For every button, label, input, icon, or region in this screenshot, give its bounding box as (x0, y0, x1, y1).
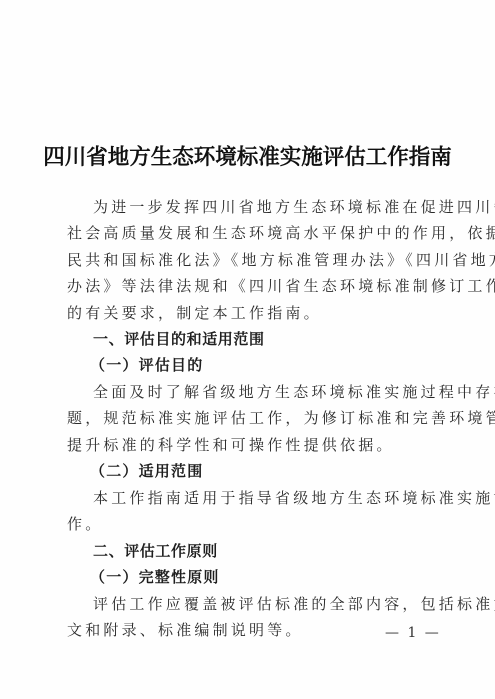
intro-line-4: 办法》等法律法规和《四川省生态环境标准制修订工作管理办法》 (67, 276, 495, 296)
paragraph-line: 题，规范标准实施评估工作，为修订标准和完善环境管理、持续 (67, 408, 495, 428)
document-page: 四川省地方生态环境标准实施评估工作指南 为进一步发挥四川省地方生态环境标准在促进… (0, 0, 495, 699)
section-heading-1: 一、评估目的和适用范围 (93, 329, 265, 349)
subsection-heading-1-1: （一）评估目的 (90, 355, 203, 375)
page-number: — 1 — (385, 623, 441, 643)
subsection-heading-2-1: （一）完整性原则 (90, 567, 220, 587)
paragraph-line: 评估工作应覆盖被评估标准的全部内容，包括标准文件的正 (93, 594, 495, 614)
intro-line-1: 为进一步发挥四川省地方生态环境标准在促进四川省经济 (93, 197, 495, 217)
document-title: 四川省地方生态环境标准实施评估工作指南 (0, 144, 495, 172)
subsection-heading-1-2: （二）适用范围 (90, 461, 203, 481)
intro-line-2: 社会高质量发展和生态环境高水平保护中的作用，依据《中华人 (67, 223, 495, 243)
paragraph-line: 本工作指南适用于指导省级地方生态环境标准实施评估工 (93, 488, 495, 508)
intro-line-5: 的有关要求，制定本工作指南。 (67, 303, 322, 323)
intro-line-3: 民共和国标准化法》《地方标准管理办法》《四川省地方标准管理 (67, 250, 495, 270)
paragraph-line: 提升标准的科学性和可操作性提供依据。 (67, 435, 395, 455)
section-heading-2: 二、评估工作原则 (93, 541, 218, 561)
paragraph-line: 全面及时了解省级地方生态环境标准实施过程中存在的问 (93, 382, 495, 402)
paragraph-line: 作。 (67, 514, 103, 534)
paragraph-line: 文和附录、标准编制说明等。 (67, 620, 304, 640)
